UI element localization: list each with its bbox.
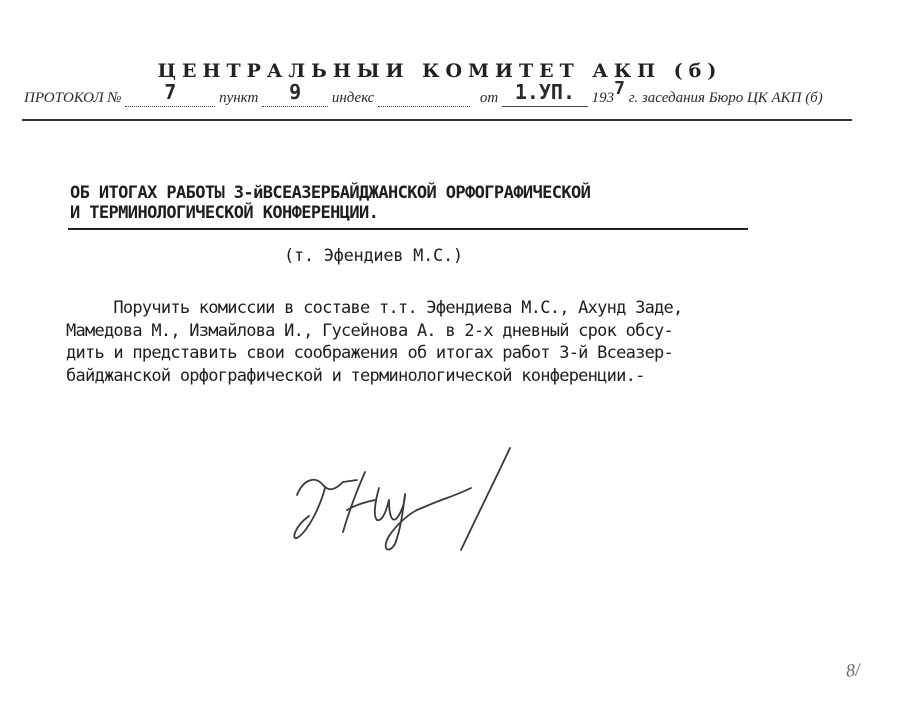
item-number-field: 9 [262, 86, 328, 107]
letterhead-title: ЦЕНТРАЛЬНЫИ КОМИТЕТ АКП (б) [0, 60, 880, 82]
date-value: 1.УП. [515, 80, 575, 104]
year-prefix: 193 [592, 90, 615, 107]
session-label: г. заседания Бюро ЦК АКП (б) [629, 90, 823, 107]
speaker: (т. Эфендиев М.С.) [284, 246, 463, 266]
item-number: 9 [289, 80, 301, 104]
year-digit: 7 [614, 78, 625, 99]
decision-line: дить и представить свои соображения об и… [66, 342, 683, 365]
agenda-subject: ОБ ИТОГАХ РАБОТЫ 3-йВСЕАЗЕРБАЙДЖАНСКОЙ О… [70, 183, 590, 223]
subject-line: И ТЕРМИНОЛОГИЧЕСКОЙ КОНФЕРЕНЦИИ. [70, 203, 590, 223]
subject-line: ОБ ИТОГАХ РАБОТЫ 3-йВСЕАЗЕРБАЙДЖАНСКОЙ О… [70, 183, 590, 203]
decision-text: Поручить комиссии в составе т.т. Эфендие… [66, 297, 683, 387]
header-divider [22, 119, 852, 121]
subject-underline [68, 228, 748, 230]
date-field: 1.УП. [502, 86, 588, 107]
protocol-line: ПРОТОКОЛ № 7 пункт 9 индекс от 1.УП. 193… [24, 86, 854, 114]
index-field [378, 86, 470, 107]
protocol-number-field: 7 [125, 86, 215, 107]
decision-line: Мамедова М., Измайлова И., Гусейнова А. … [66, 320, 683, 343]
date-label: от [480, 90, 498, 107]
item-label: пункт [219, 90, 258, 107]
index-label: индекс [332, 90, 374, 107]
decision-line: Поручить комиссии в составе т.т. Эфендие… [66, 297, 683, 320]
archive-page-mark: 8/ [845, 659, 861, 681]
protocol-number: 7 [164, 80, 176, 104]
protocol-label: ПРОТОКОЛ № [24, 90, 122, 107]
decision-line: байджанской орфографической и терминолог… [66, 365, 683, 388]
signature-icon [285, 440, 525, 565]
